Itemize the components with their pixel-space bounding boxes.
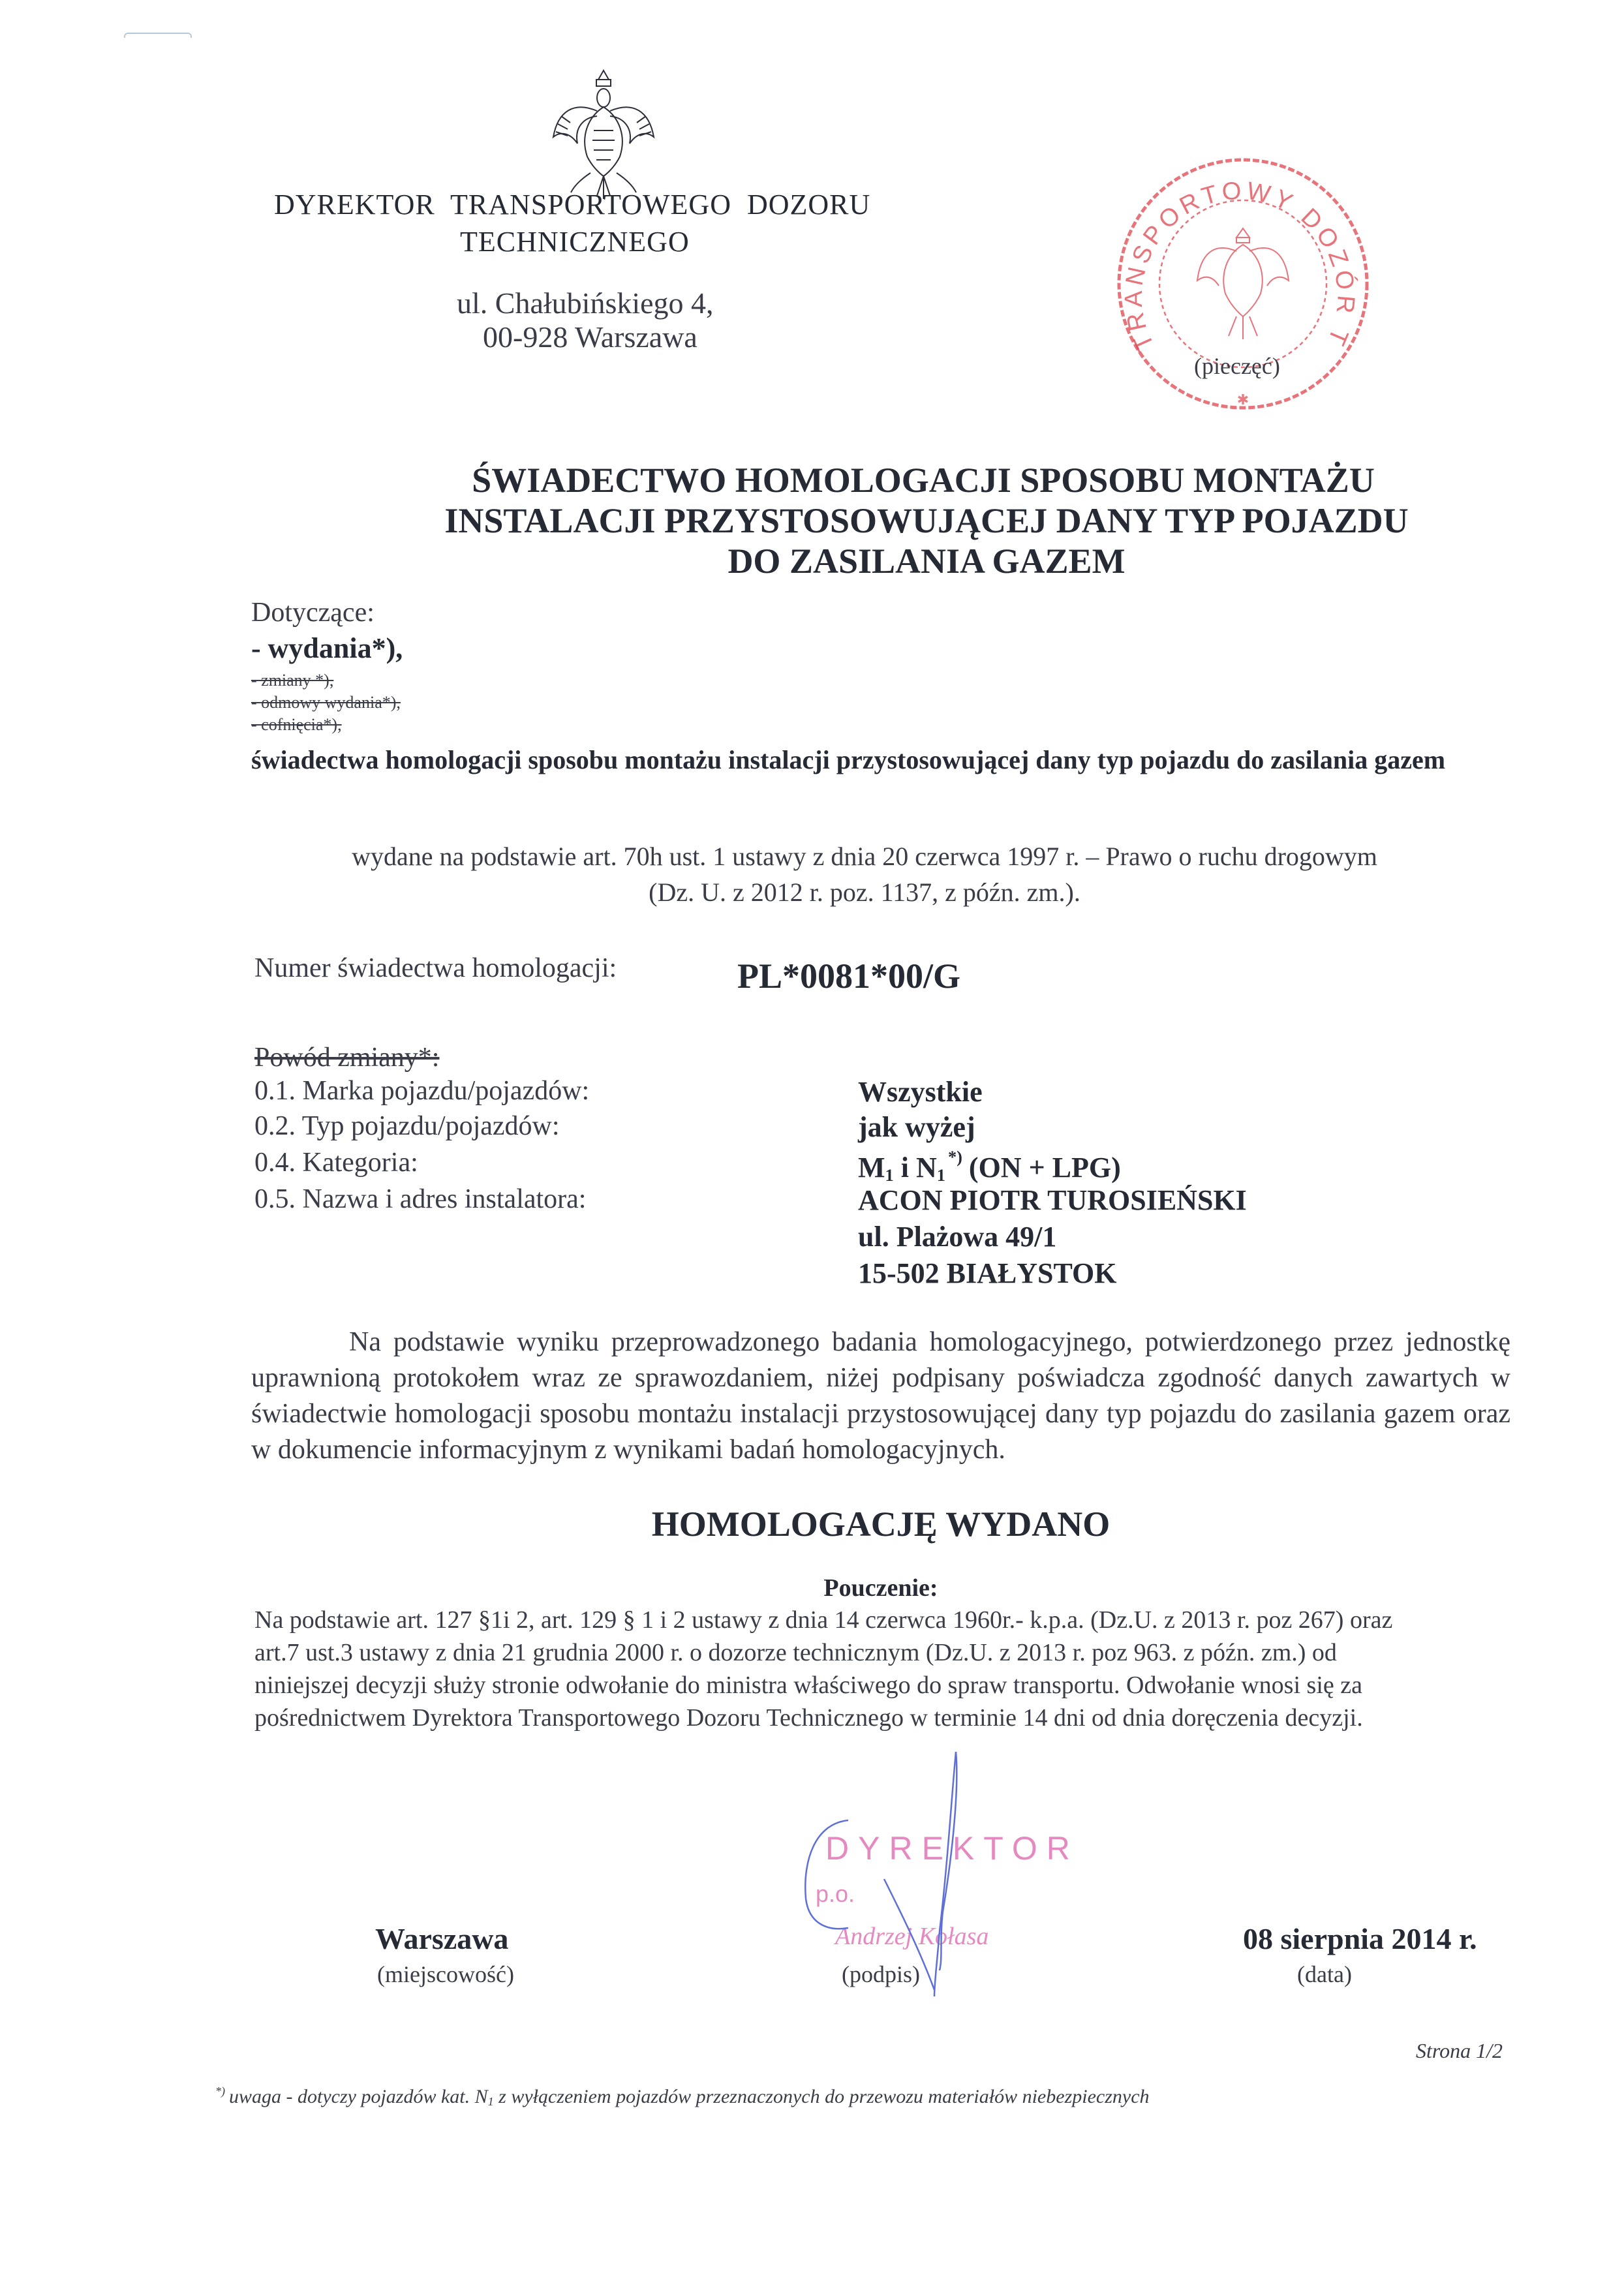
field-label-installer: 0.5. Nazwa i adres instalatora: — [254, 1184, 586, 1215]
legal-basis-line-1: wydane na podstawie art. 70h ust. 1 usta… — [251, 838, 1478, 874]
svg-text:TRANSPORTOWY DOZÓR TECHNICZNY: TRANSPORTOWY DOZÓR TECHNICZNY — [1103, 137, 1360, 355]
subject-text: świadectwa homologacji sposobu montażu i… — [251, 741, 1491, 780]
option-issuance: - wydania*), — [251, 632, 403, 665]
field-value-type: jak wyżej — [858, 1110, 975, 1144]
notice-heading: Pouczenie: — [251, 1574, 1510, 1602]
eagle-emblem-icon — [542, 65, 666, 202]
svg-text:Andrzej Kołasa: Andrzej Kołasa — [833, 1923, 988, 1950]
official-seal-stamp-icon: TRANSPORTOWY DOZÓR TECHNICZNY ✱ — [1103, 137, 1383, 424]
field-value-make: Wszystkie — [858, 1075, 983, 1108]
authority-city: 00-928 Warszawa — [483, 320, 697, 354]
authority-street: ul. Chałubińskiego 4, — [457, 286, 714, 320]
place-value: Warszawa — [375, 1921, 508, 1956]
title-line-3: DO ZASILANIA GAZEM — [339, 541, 1514, 581]
title-line-2: INSTALACJI PRZYSTOSOWUJĄCEJ DANY TYP POJ… — [339, 500, 1514, 541]
document-title: ŚWIADECTWO HOMOLOGACJI SPOSOBU MONTAŻU I… — [339, 460, 1514, 581]
svg-text:✱: ✱ — [1237, 391, 1249, 408]
date-label: (data) — [1297, 1961, 1352, 1988]
regarding-label: Dotyczące: — [251, 597, 375, 628]
legal-basis-line-2: (Dz. U. z 2012 r. poz. 1137, z późn. zm.… — [251, 874, 1478, 910]
place-label: (miejscowość) — [377, 1961, 514, 1988]
title-line-1: ŚWIADECTWO HOMOLOGACJI SPOSOBU MONTAŻU — [333, 460, 1514, 500]
page-number: Strona 1/2 — [1416, 2039, 1503, 2063]
notice-text: Na podstawie art. 127 §1i 2, art. 129 § … — [254, 1604, 1514, 1734]
authority-name: DYREKTOR TRANSPORTOWEGO DOZORU — [274, 188, 870, 221]
certificate-number-label: Numer świadectwa homologacji: — [254, 953, 617, 984]
footnote: *)uwaga - dotyczy pojazdów kat. N1 z wył… — [215, 2085, 1150, 2109]
option-withdrawal-struck: - cofnięcia*), — [251, 715, 342, 735]
installer-street: ul. Plażowa 49/1 — [858, 1220, 1056, 1253]
field-label-make: 0.1. Marka pojazdu/pojazdów: — [254, 1075, 589, 1107]
field-value-category: M1 i N1*)(ON + LPG) — [858, 1147, 1121, 1185]
attestation-paragraph: Na podstawie wyniku przeprowadzonego bad… — [251, 1324, 1510, 1468]
certificate-number-value: PL*0081*00/G — [737, 956, 960, 996]
signature-label: (podpis) — [842, 1961, 920, 1988]
decision-heading: HOMOLOGACJĘ WYDANO — [251, 1504, 1510, 1544]
authority-name-cont: TECHNICZNEGO — [460, 225, 690, 258]
footnote-ref: *) — [948, 1147, 962, 1167]
stamp-ring-text: TRANSPORTOWY DOZÓR TECHNICZNY — [1103, 137, 1360, 355]
change-reason-label-struck: Powód zmiany*: — [254, 1042, 439, 1073]
legal-basis: wydane na podstawie art. 70h ust. 1 usta… — [251, 838, 1478, 910]
date-value: 08 sierpnia 2014 r. — [1243, 1921, 1477, 1956]
field-label-type: 0.2. Typ pojazdu/pojazdów: — [254, 1110, 560, 1142]
stamp-label: (pieczęć) — [1194, 352, 1280, 380]
option-change-struck: - zmiany *), — [251, 671, 333, 690]
option-refusal-struck: - odmowy wydania*), — [251, 693, 401, 712]
scan-artifact — [124, 33, 192, 38]
installer-city: 15-502 BIAŁYSTOK — [858, 1257, 1117, 1290]
field-label-category: 0.4. Kategoria: — [254, 1147, 418, 1178]
svg-text:p.o.: p.o. — [816, 1880, 855, 1907]
field-value-installer: ACON PIOTR TUROSIEŃSKI — [858, 1184, 1247, 1217]
